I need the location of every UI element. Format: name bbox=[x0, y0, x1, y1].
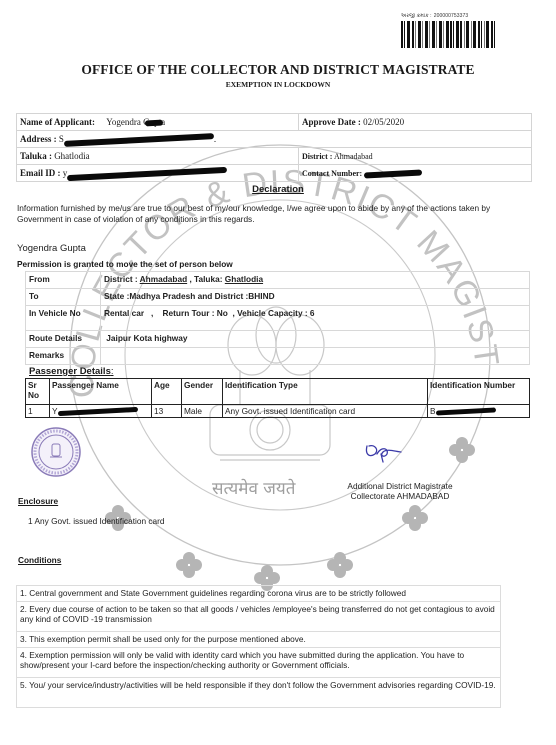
passenger-details-heading: Passenger Details: bbox=[29, 366, 114, 377]
table-row: 1 Y 13 Male Any Govt. issued Identificat… bbox=[26, 405, 530, 418]
approve-date: 02/05/2020 bbox=[363, 117, 404, 127]
condition-row: 2. Every due course of action to be take… bbox=[17, 602, 501, 632]
taluka-value: Ghatlodia bbox=[54, 151, 90, 161]
route-row-remarks: Remarks bbox=[26, 348, 530, 365]
signature-icon bbox=[363, 440, 403, 464]
declaration-heading: Declaration bbox=[0, 184, 556, 195]
applicant-row-address: Address : S. bbox=[17, 131, 532, 148]
enclosure-item: 1 Any Govt. issued Identification card bbox=[28, 516, 165, 526]
redaction-mark bbox=[435, 408, 495, 416]
office-title: OFFICE OF THE COLLECTOR AND DISTRICT MAG… bbox=[0, 62, 556, 78]
conditions-heading: Conditions bbox=[18, 555, 61, 565]
application-number: અરજી ક્રમાંક :200000753373 bbox=[401, 13, 501, 19]
redaction-mark bbox=[67, 167, 227, 181]
redaction-mark bbox=[64, 133, 214, 147]
passenger-table-header: Sr No Passenger Name Age Gender Identifi… bbox=[26, 379, 530, 405]
applicant-row-email: Email ID : y Contact Number: bbox=[17, 165, 532, 182]
permission-heading: Permission is granted to move the set of… bbox=[17, 259, 233, 269]
condition-row: 4. Exemption permission will only be val… bbox=[17, 648, 501, 678]
declaration-text: Information furnished by me/us are true … bbox=[17, 203, 532, 224]
redaction-mark bbox=[57, 407, 137, 416]
movement-details-table: From District : Ahmadabad , Taluka: Ghat… bbox=[25, 271, 530, 365]
barcode-icon bbox=[401, 21, 501, 48]
route-row-from: From District : Ahmadabad , Taluka: Ghat… bbox=[26, 272, 530, 289]
passenger-table: Sr No Passenger Name Age Gender Identifi… bbox=[25, 378, 530, 418]
declarant-name: Yogendra Gupta bbox=[17, 243, 86, 254]
document-subtitle: EXEMPTION IN LOCKDOWN bbox=[0, 80, 556, 89]
district-seal-icon bbox=[30, 426, 82, 478]
condition-row: 1. Central government and State Governme… bbox=[17, 586, 501, 602]
conditions-table: 1. Central government and State Governme… bbox=[16, 585, 501, 708]
applicant-row-name: Name of Applicant: Yogendra Gupta Approv… bbox=[17, 114, 532, 131]
district-value: Ahmadabad bbox=[334, 152, 373, 161]
condition-row: 5. You/ your service/industry/activities… bbox=[17, 678, 501, 708]
redaction-mark bbox=[364, 169, 422, 178]
route-row-vehicle: In Vehicle No Rental car , Return Tour :… bbox=[26, 306, 530, 331]
route-row-details: Route Details Jaipur Kota highway bbox=[26, 331, 530, 348]
emblem-motto: सत्यमेव जयते bbox=[212, 476, 295, 499]
application-barcode: અરજી ક્રમાંક :200000753373 bbox=[401, 13, 501, 48]
exemption-document: અરજી ક્રમાંક :200000753373 OFFICE OF THE… bbox=[0, 0, 556, 745]
condition-row: 3. This exemption permit shall be used o… bbox=[17, 632, 501, 648]
signatory-designation: Additional District Magistrate Collector… bbox=[330, 481, 470, 501]
redaction-mark bbox=[145, 119, 163, 126]
applicant-details-table: Name of Applicant: Yogendra Gupta Approv… bbox=[16, 113, 532, 182]
applicant-row-taluka: Taluka : Ghatlodia District : Ahmadabad bbox=[17, 148, 532, 165]
route-row-to: To State :Madhya Pradesh and District :B… bbox=[26, 289, 530, 306]
enclosure-heading: Enclosure bbox=[18, 496, 58, 506]
